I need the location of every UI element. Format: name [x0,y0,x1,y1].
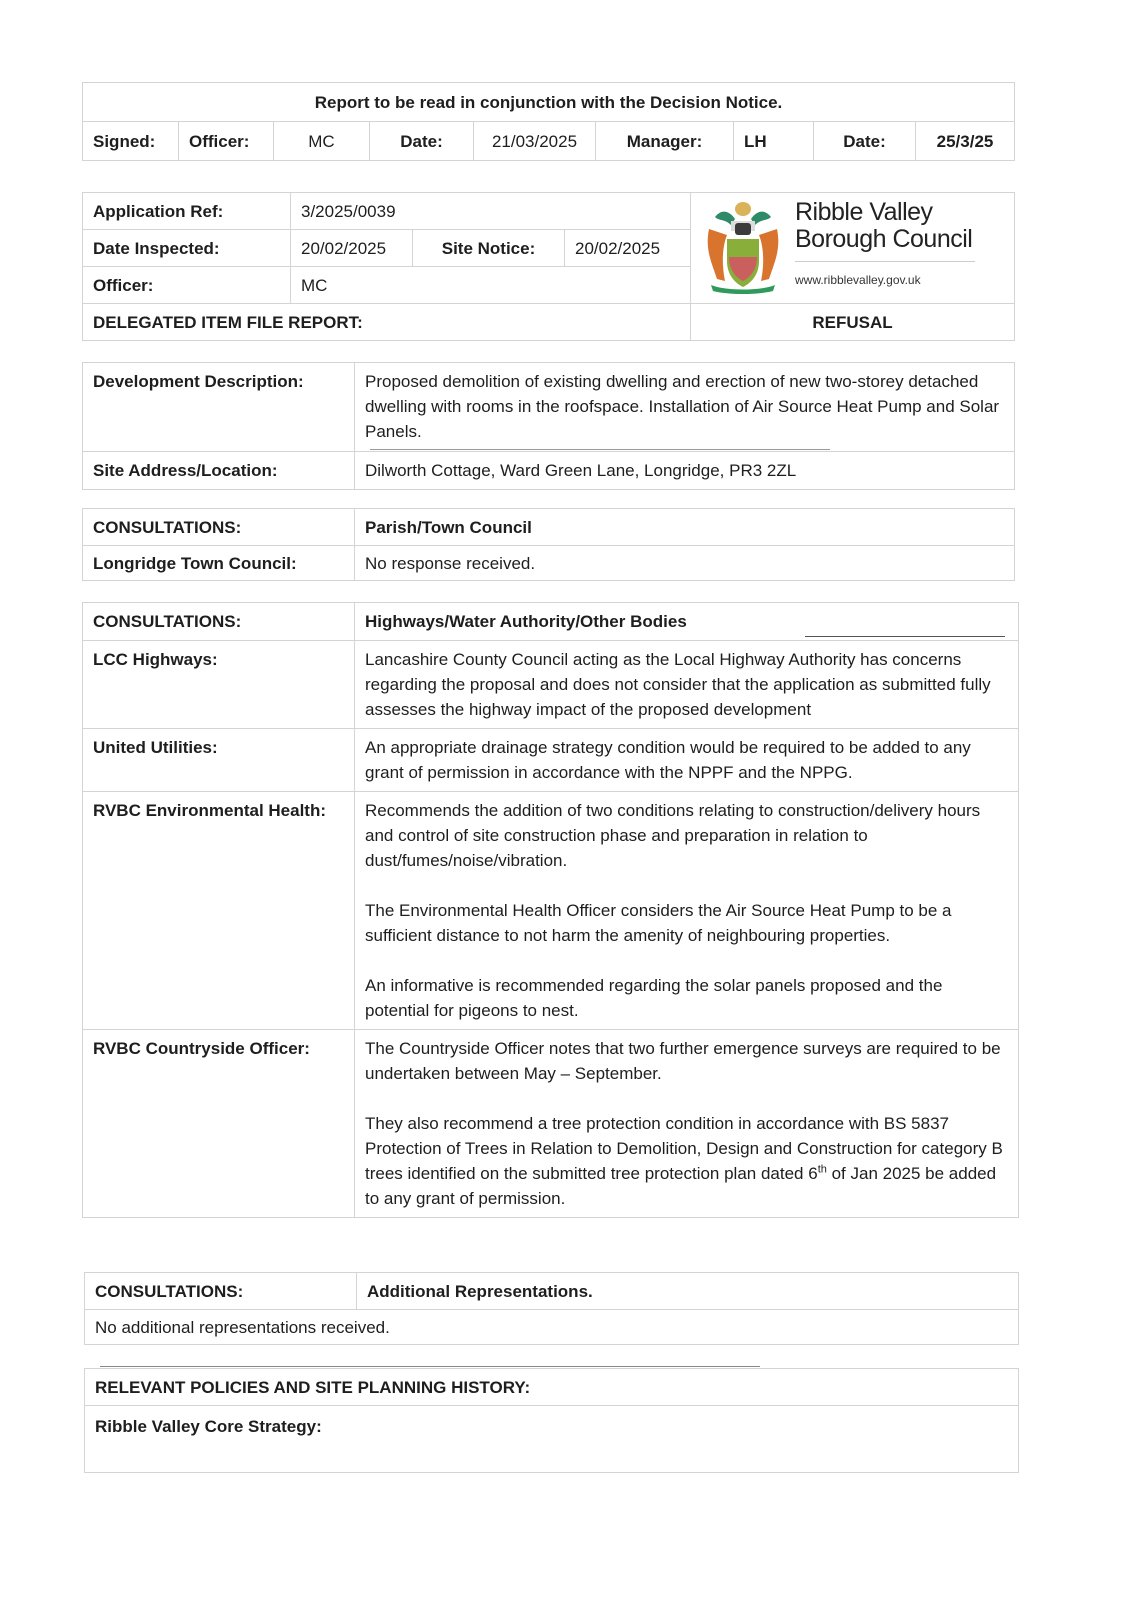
consultee-label: RVBC Environmental Health: [83,792,355,1030]
decision-status: REFUSAL [691,304,1015,341]
site-notice-value: 20/02/2025 [565,230,691,267]
description-label: Development Description: [83,363,355,452]
signed-label: Signed: [83,122,179,161]
consultee-response: An appropriate drainage strategy conditi… [355,729,1019,792]
date-inspected-value: 20/02/2025 [291,230,413,267]
address-value: Dilworth Cottage, Ward Green Lane, Longr… [355,452,1015,490]
policies-table: RELEVANT POLICIES AND SITE PLANNING HIST… [84,1368,1019,1473]
app-officer-value: MC [291,267,691,304]
application-table: Application Ref: 3/2025/0039 Ribble V [82,192,1015,341]
additional-header-label: CONSULTATIONS: [85,1273,357,1310]
additional-body: No additional representations received. [85,1310,1019,1345]
development-table: Development Description: Proposed demoli… [82,362,1015,490]
address-label: Site Address/Location: [83,452,355,490]
additional-consultations-table: CONSULTATIONS: Additional Representation… [84,1272,1019,1345]
consultee-label: Longridge Town Council: [83,546,355,581]
app-officer-label: Officer: [83,267,291,304]
council-website: www.ribblevalley.gov.uk [795,268,975,293]
date-value: 21/03/2025 [474,122,596,161]
council-name-line2: Borough Council [795,226,975,253]
app-ref-value: 3/2025/0039 [291,193,691,230]
date-inspected-label: Date Inspected: [83,230,291,267]
consultee-label: RVBC Countryside Officer: [83,1030,355,1218]
parish-consultations-table: CONSULTATIONS: Parish/Town Council Longr… [82,508,1015,581]
response-paragraph: An informative is recommended regarding … [365,973,1008,1023]
parish-header-label: CONSULTATIONS: [83,509,355,546]
response-paragraph: Recommends the addition of two condition… [365,798,1008,873]
consultee-response: Lancashire County Council acting as the … [355,641,1019,729]
app-ref-label: Application Ref: [83,193,291,230]
consultee-response: No response received. [355,546,1015,581]
response-paragraph: The Countryside Officer notes that two f… [365,1036,1008,1086]
council-divider [795,261,975,262]
manager-date-label: Date: [814,122,916,161]
consultee-label: United Utilities: [83,729,355,792]
bodies-header-value: Highways/Water Authority/Other Bodies [355,603,1019,641]
report-type: DELEGATED ITEM FILE REPORT: [83,304,691,341]
manager-date-value: 25/3/25 [916,122,1015,161]
response-paragraph: The Environmental Health Officer conside… [365,898,1008,948]
coat-of-arms-icon [701,199,785,295]
signature-table: Report to be read in conjunction with th… [82,82,1015,161]
description-value: Proposed demolition of existing dwelling… [355,363,1015,452]
consultee-label: LCC Highways: [83,641,355,729]
consultee-response: The Countryside Officer notes that two f… [355,1030,1019,1218]
council-name-line1: Ribble Valley [795,199,975,226]
council-branding: Ribble Valley Borough Council www.ribble… [691,193,1015,304]
bodies-header-label: CONSULTATIONS: [83,603,355,641]
additional-header-value: Additional Representations. [357,1273,1019,1310]
scan-mark [805,636,1005,637]
officer-label: Officer: [179,122,274,161]
policies-header: RELEVANT POLICIES AND SITE PLANNING HIST… [85,1369,1019,1406]
manager-value: LH [734,122,814,161]
officer-value: MC [274,122,370,161]
response-paragraph: Lancashire County Council acting as the … [365,647,1008,722]
report-notice: Report to be read in conjunction with th… [83,83,1015,122]
consultee-response: Recommends the addition of two condition… [355,792,1019,1030]
core-strategy-heading: Ribble Valley Core Strategy: [85,1406,1019,1473]
manager-label: Manager: [596,122,734,161]
response-paragraph: An appropriate drainage strategy conditi… [365,735,1008,785]
site-notice-label: Site Notice: [413,230,565,267]
scan-mark [100,1366,760,1367]
date-label: Date: [370,122,474,161]
response-paragraph: They also recommend a tree protection co… [365,1111,1008,1211]
bodies-consultations-table: CONSULTATIONS: Highways/Water Authority/… [82,602,1019,1218]
scan-mark [370,449,830,450]
parish-header-value: Parish/Town Council [355,509,1015,546]
